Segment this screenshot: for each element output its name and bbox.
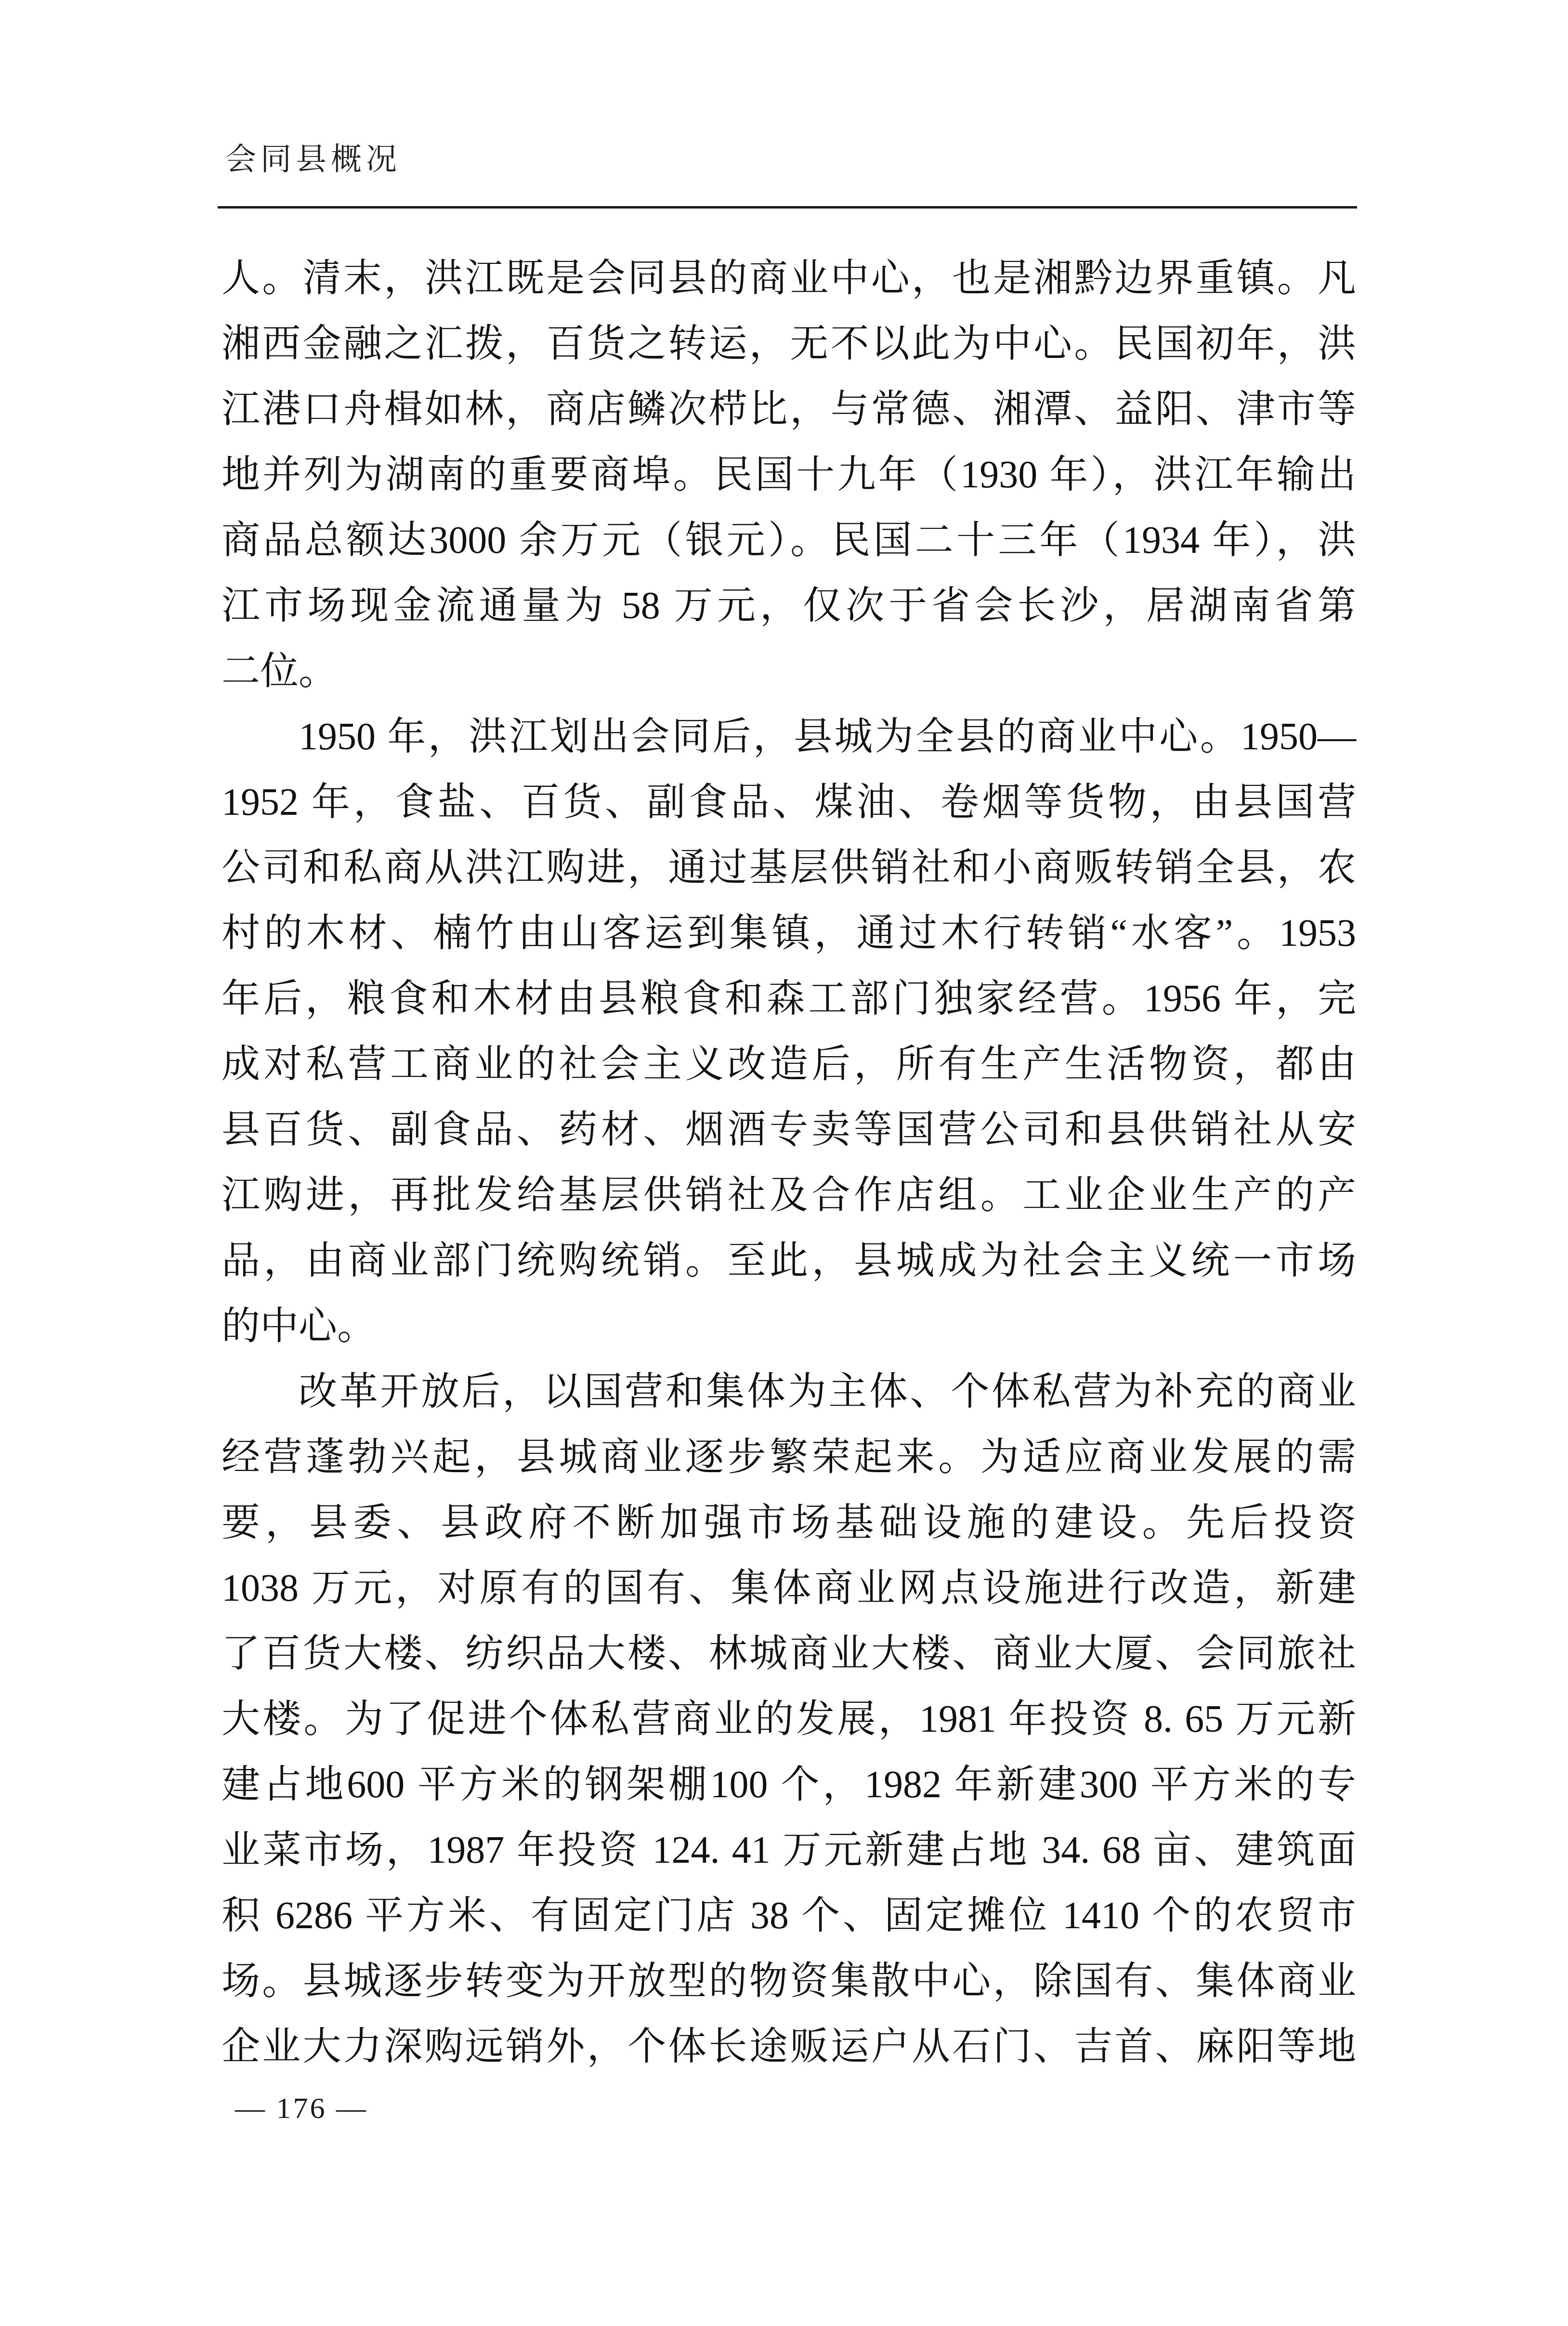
text-line: 年后，粮食和木材由县粮食和森工部门独家经营。1956 年，完 bbox=[222, 966, 1356, 1032]
text-line: 1952 年，食盐、百货、副食品、煤油、卷烟等货物，由县国营 bbox=[222, 770, 1356, 835]
text-line: 江市场现金流通量为 58 万元，仅次于省会长沙，居湖南省第 bbox=[222, 573, 1356, 639]
body-text-block: 人。清末，洪江既是会同县的商业中心，也是湘黔边界重镇。凡 湘西金融之汇拨，百货之… bbox=[222, 246, 1356, 2079]
text-line: 人。清末，洪江既是会同县的商业中心，也是湘黔边界重镇。凡 bbox=[222, 246, 1356, 311]
text-line: 地并列为湖南的重要商埠。民国十九年（1930 年），洪江年输出 bbox=[222, 442, 1356, 508]
text-line: 要，县委、县政府不断加强市场基础设施的建设。先后投资 bbox=[222, 1490, 1356, 1555]
text-line: 建占地600 平方米的钢架棚100 个，1982 年新建300 平方米的专 bbox=[222, 1752, 1356, 1817]
text-line: 1950 年，洪江划出会同后，县城为全县的商业中心。1950— bbox=[222, 704, 1356, 770]
text-line: 经营蓬勃兴起，县城商业逐步繁荣起来。为适应商业发展的需 bbox=[222, 1424, 1356, 1490]
text-line: 公司和私商从洪江购进，通过基层供销社和小商贩转销全县，农 bbox=[222, 835, 1356, 901]
text-line: 1038 万元，对原有的国有、集体商业网点设施进行改造，新建 bbox=[222, 1555, 1356, 1621]
text-line: 村的木材、楠竹由山客运到集镇，通过木行转销“水客”。1953 bbox=[222, 901, 1356, 966]
text-line: 大楼。为了促进个体私营商业的发展，1981 年投资 8. 65 万元新 bbox=[222, 1686, 1356, 1752]
text-line: 商品总额达3000 余万元（银元）。民国二十三年（1934 年），洪 bbox=[222, 508, 1356, 573]
running-header-title: 会同县概况 bbox=[225, 139, 401, 180]
text-line: 江购进，再批发给基层供销社及合作店组。工业企业生产的产 bbox=[222, 1163, 1356, 1228]
paragraph-2: 1950 年，洪江划出会同后，县城为全县的商业中心。1950— 1952 年，食… bbox=[222, 704, 1356, 1359]
text-line: 改革开放后，以国营和集体为主体、个体私营为补充的商业 bbox=[222, 1359, 1356, 1424]
text-line: 了百货大楼、纺织品大楼、林城商业大楼、商业大厦、会同旅社 bbox=[222, 1621, 1356, 1686]
text-line: 业菜市场，1987 年投资 124. 41 万元新建占地 34. 68 亩、建筑… bbox=[222, 1817, 1356, 1883]
text-line: 场。县城逐步转变为开放型的物资集散中心，除国有、集体商业 bbox=[222, 1948, 1356, 2014]
header-rule-divider bbox=[218, 206, 1357, 209]
text-line: 的中心。 bbox=[222, 1294, 1356, 1359]
text-line: 县百货、副食品、药材、烟酒专卖等国营公司和县供销社从安 bbox=[222, 1097, 1356, 1163]
text-line: 企业大力深购远销外，个体长途贩运户从石门、吉首、麻阳等地 bbox=[222, 2014, 1356, 2079]
text-line: 二位。 bbox=[222, 639, 1356, 704]
text-line: 积 6286 平方米、有固定门店 38 个、固定摊位 1410 个的农贸市 bbox=[222, 1883, 1356, 1948]
paragraph-3: 改革开放后，以国营和集体为主体、个体私营为补充的商业 经营蓬勃兴起，县城商业逐步… bbox=[222, 1359, 1356, 2079]
text-line: 湘西金融之汇拨，百货之转运，无不以此为中心。民国初年，洪 bbox=[222, 311, 1356, 377]
page-number: — 176 — bbox=[235, 2089, 368, 2128]
text-line: 江港口舟楫如林，商店鳞次栉比，与常德、湘潭、益阳、津市等 bbox=[222, 377, 1356, 442]
paragraph-1: 人。清末，洪江既是会同县的商业中心，也是湘黔边界重镇。凡 湘西金融之汇拨，百货之… bbox=[222, 246, 1356, 704]
text-line: 品，由商业部门统购统销。至此，县城成为社会主义统一市场 bbox=[222, 1228, 1356, 1294]
text-line: 成对私营工商业的社会主义改造后，所有生产生活物资，都由 bbox=[222, 1032, 1356, 1097]
book-page: 会同县概况 人。清末，洪江既是会同县的商业中心，也是湘黔边界重镇。凡 湘西金融之… bbox=[0, 0, 1568, 2326]
